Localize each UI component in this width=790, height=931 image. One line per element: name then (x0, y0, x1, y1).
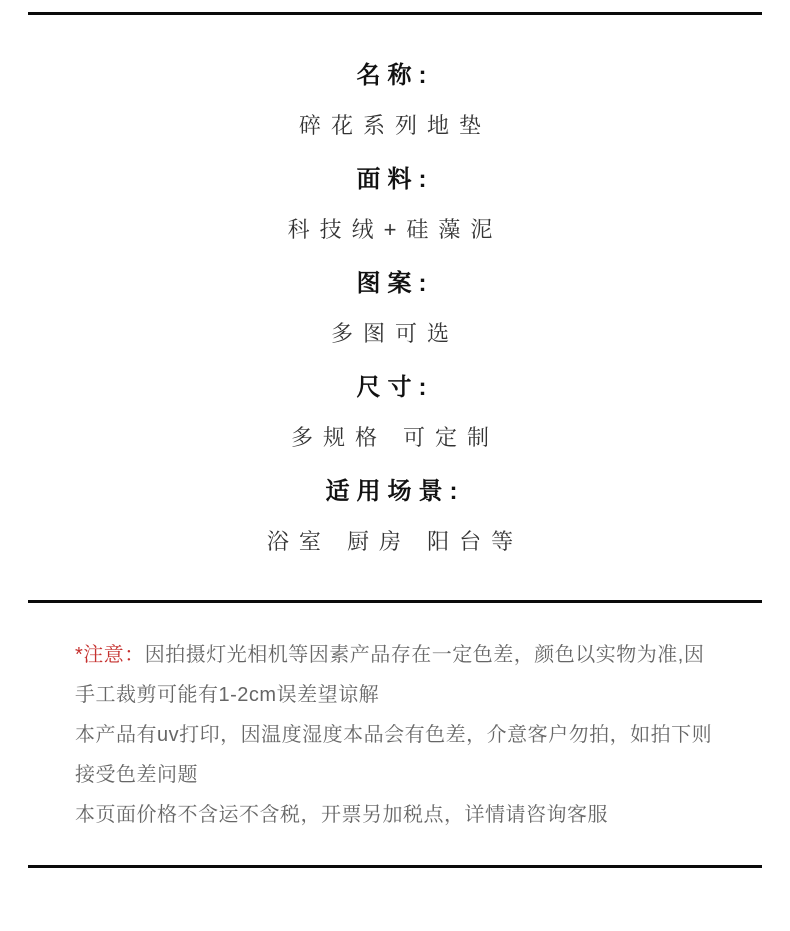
divider-top (28, 12, 762, 15)
spec-list: 名称: 碎花系列地垫 面料: 科技绒+硅藻泥 图案: 多图可选 尺寸: 多规格 … (28, 46, 762, 566)
divider-bottom (28, 865, 762, 868)
notice-line-2: 手工裁剪可能有1-2cm误差望谅解 (75, 675, 752, 715)
product-description-page: 名称: 碎花系列地垫 面料: 科技绒+硅藻泥 图案: 多图可选 尺寸: 多规格 … (0, 0, 790, 931)
spec-value-pattern: 多图可选 (331, 317, 459, 348)
spec-row-scene: 适用场景: (28, 462, 762, 514)
spec-label-name: 名称: (357, 55, 434, 90)
spec-row-pattern-value: 多图可选 (28, 306, 762, 358)
notice-warning-prefix: *注意： (75, 644, 145, 666)
spec-label-size: 尺寸: (357, 367, 434, 402)
notice-line-3: 本产品有uv打印，因温度湿度本品会有色差，介意客户勿拍，如拍下则 (75, 715, 752, 755)
notice-line-5: 本页面价格不含运不含税，开票另加税点，详情请咨询客服 (75, 795, 752, 835)
notice-line-1-text: 因拍摄灯光相机等因素产品存在一定色差，颜色以实物为准,因 (145, 644, 705, 666)
spec-label-pattern: 图案: (357, 263, 434, 298)
spec-row-size-value: 多规格 可定制 (28, 410, 762, 462)
notice-section: *注意：因拍摄灯光相机等因素产品存在一定色差，颜色以实物为准,因 手工裁剪可能有… (75, 635, 752, 835)
spec-row-size: 尺寸: (28, 358, 762, 410)
spec-label-fabric: 面料: (357, 159, 434, 194)
spec-row-name-value: 碎花系列地垫 (28, 98, 762, 150)
spec-label-scene: 适用场景: (326, 471, 465, 506)
spec-row-fabric: 面料: (28, 150, 762, 202)
divider-middle (28, 600, 762, 603)
spec-row-name: 名称: (28, 46, 762, 98)
spec-row-scene-value: 浴室 厨房 阳台等 (28, 514, 762, 566)
spec-value-scene: 浴室 厨房 阳台等 (267, 525, 523, 556)
spec-row-pattern: 图案: (28, 254, 762, 306)
spec-row-fabric-value: 科技绒+硅藻泥 (28, 202, 762, 254)
spec-value-name: 碎花系列地垫 (299, 109, 491, 140)
spec-value-size: 多规格 可定制 (291, 421, 499, 452)
notice-line-1: *注意：因拍摄灯光相机等因素产品存在一定色差，颜色以实物为准,因 (75, 635, 752, 675)
notice-line-4: 接受色差问题 (75, 755, 752, 795)
spec-value-fabric: 科技绒+硅藻泥 (288, 213, 503, 244)
